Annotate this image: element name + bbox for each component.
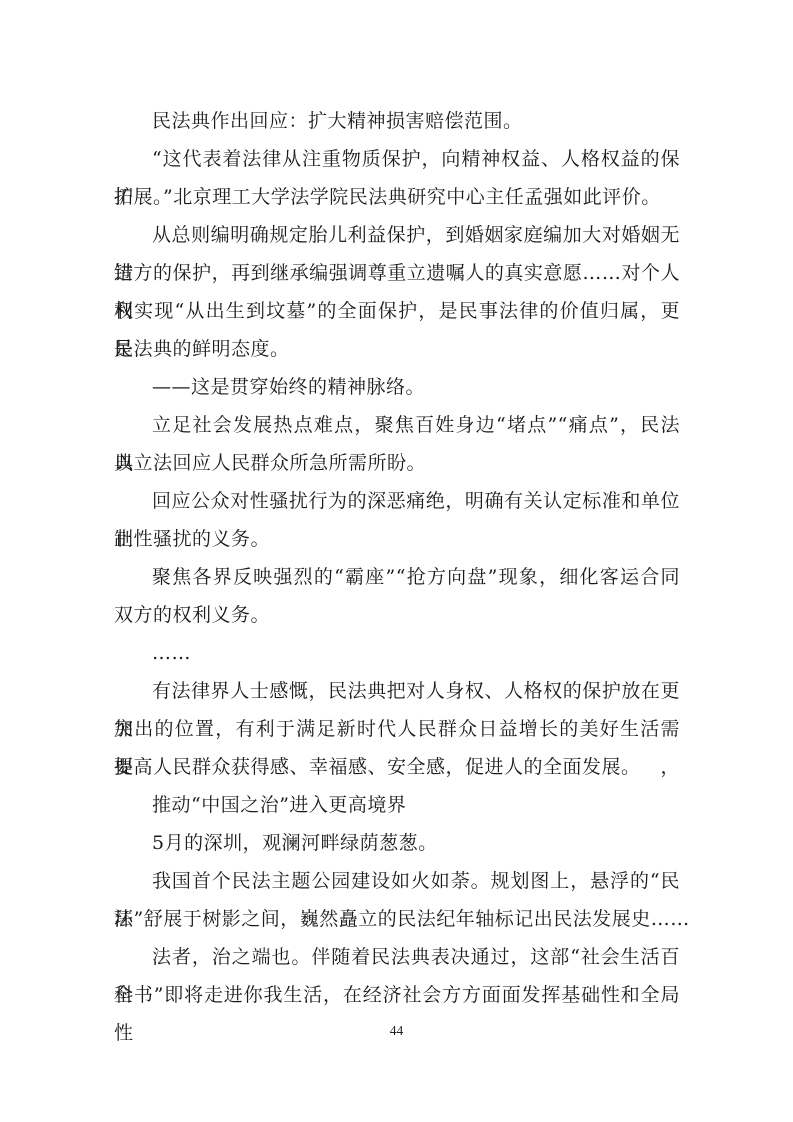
text-line: 5月的深圳，观澜河畔绿荫葱葱。 bbox=[114, 824, 680, 862]
text-line: ——这是贯穿始终的精神脉络。 bbox=[114, 368, 680, 406]
text-line: 利实现“从出生到坟墓”的全面保护，是民事法律的价值归属，更是 bbox=[114, 292, 680, 330]
document-body: 民法典作出回应：扩大精神损害赔偿范围。“这代表着法律从注重物质保护，向精神权益、… bbox=[114, 102, 680, 1014]
text-line: 回应公众对性骚扰行为的深恶痛绝，明确有关认定标准和单位制 bbox=[114, 482, 680, 520]
text-line: 法者，治之端也。伴随着民法典表决通过，这部“社会生活百科 bbox=[114, 938, 680, 976]
text-line: …… bbox=[114, 634, 680, 672]
text-line: 我国首个民法主题公园建设如火如荼。规划图上，悬浮的“民法 bbox=[114, 862, 680, 900]
document-page: 民法典作出回应：扩大精神损害赔偿范围。“这代表着法律从注重物质保护，向精神权益、… bbox=[0, 0, 793, 1122]
text-line: 立足社会发展热点难点，聚焦百姓身边“堵点”“痛点”，民法典 bbox=[114, 406, 680, 444]
text-line: 错方的保护，再到继承编强调尊重立遗嘱人的真实意愿……对个人权 bbox=[114, 254, 680, 292]
text-line: 民法典作出回应：扩大精神损害赔偿范围。 bbox=[114, 102, 680, 140]
page-number: 44 bbox=[0, 1022, 793, 1040]
text-line: 突出的位置，有利于满足新时代人民群众日益增长的美好生活需要， bbox=[114, 710, 680, 748]
text-line: 提高人民群众获得感、幸福感、安全感，促进人的全面发展。 bbox=[114, 748, 680, 786]
text-line: 环”舒展于树影之间，巍然矗立的民法纪年轴标记出民法发展史…… bbox=[114, 900, 680, 938]
text-line: 全书”即将走进你我生活，在经济社会方方面面发挥基础性和全局性 bbox=[114, 976, 680, 1014]
text-line: 以立法回应人民群众所急所需所盼。 bbox=[114, 444, 680, 482]
text-line: 推动“中国之治”进入更高境界 bbox=[114, 786, 680, 824]
text-line: 聚焦各界反映强烈的“霸座”“抢方向盘”现象，细化客运合同 bbox=[114, 558, 680, 596]
text-line: 止性骚扰的义务。 bbox=[114, 520, 680, 558]
text-line: 有法律界人士感慨，民法典把对人身权、人格权的保护放在更加 bbox=[114, 672, 680, 710]
text-line: 双方的权利义务。 bbox=[114, 596, 680, 634]
text-line: “这代表着法律从注重物质保护，向精神权益、人格权益的保护 bbox=[114, 140, 680, 178]
text-line: 从总则编明确规定胎儿利益保护，到婚姻家庭编加大对婚姻无过 bbox=[114, 216, 680, 254]
text-line: 拓展。”北京理工大学法学院民法典研究中心主任孟强如此评价。 bbox=[114, 178, 680, 216]
text-line: 民法典的鲜明态度。 bbox=[114, 330, 680, 368]
